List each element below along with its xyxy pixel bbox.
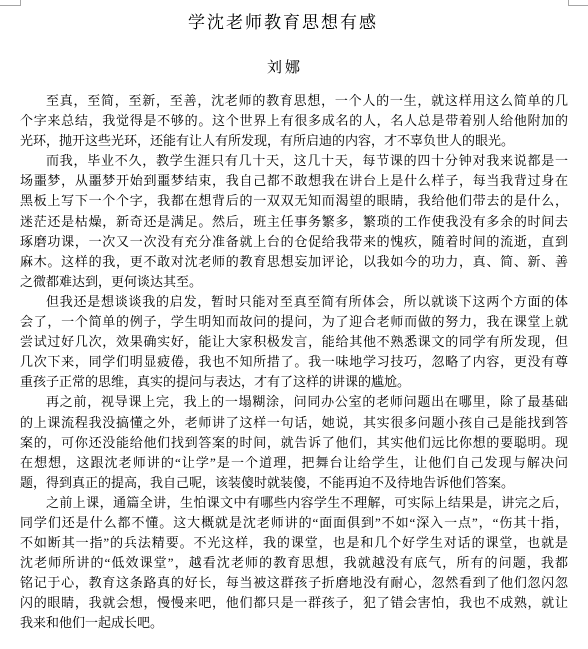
- document-page: 学沈老师教育思想有感 刘娜 至真，至简，至新，至善，沈老师的教育思想，一个人的一…: [0, 0, 588, 649]
- crop-mark-top-left: [0, 0, 21, 6]
- body-line: 重孩子正常的思维，真实的提问与表达，才有了这样的讲课的尴尬。: [20, 372, 568, 392]
- body-line: 闪的眼睛，我就会想，慢慢来吧，他们都只是一群孩子，犯了错会害怕，我也不成熟，就让: [20, 593, 568, 613]
- crop-mark-top-right: [568, 0, 588, 6]
- body-line: 题，得到真正的提高，我自己呢，该装傻时就装傻，不能再迫不及待地告诉他们答案。: [20, 473, 568, 493]
- body-line: 会了，一个简单的例子，学生明知而故问的提问，为了迎合老师而做的努力，我在课堂上就: [20, 312, 568, 332]
- body-line: 之前上课，通篇全讲，生怕课文中有哪些内容学生不理解，可实际上结果是，讲完之后，: [20, 493, 568, 513]
- body-line: 尝试过好几次，效果确实好，能让大家积极发言，能给其他不熟悉课文的同学有所发现，但: [20, 332, 568, 352]
- body-line: 的上课流程我没搞懂之外，老师讲了这样一句话，她说，其实很多问题小孩自己是能找到答: [20, 413, 568, 433]
- body-line: 个字来总结，我觉得是不够的。这个世界上有很多成名的人，名人总是带着别人给他附加的: [20, 111, 568, 131]
- document-title: 学沈老师教育思想有感: [0, 10, 577, 35]
- body-line: 而我，毕业不久，教学生涯只有几十天，这几十天，每节课的四十分钟对我来说都是一: [20, 151, 568, 171]
- body-line: 我来和他们一起成长吧。: [20, 613, 568, 633]
- body-line: 不如断其一指”的兵法精要。不光这样，我的课堂，也是和几个好学生对话的课堂，也就是: [20, 533, 568, 553]
- document-body: 至真，至简，至新，至善，沈老师的教育思想，一个人的一生，就这样用这么简单的几个字…: [20, 91, 568, 634]
- body-line: 几次下来，同学们明显疲倦，我也不知所措了。我一味地学习技巧，忽略了内容，更没有尊: [20, 352, 568, 372]
- body-line: 场噩梦，从噩梦开始到噩梦结束，我自己都不敢想我在讲台上是什么样子，每当我背过身在: [20, 171, 568, 191]
- body-line: 至真，至简，至新，至善，沈老师的教育思想，一个人的一生，就这样用这么简单的几: [20, 91, 568, 111]
- body-line: 光环，抛开这些光环，还能有让人有所发现，有所启迪的内容，才不辜负世人的眼光。: [20, 131, 568, 151]
- body-line: 琢磨功课，一次又一次没有充分准备就上台的仓促给我带来的愧疚，随着时间的流逝，直到: [20, 232, 568, 252]
- body-line: 再之前，视导课上完，我上的一塌糊涂，问同办公室的老师问题出在哪里，除了最基础: [20, 392, 568, 412]
- document-author: 刘娜: [0, 58, 579, 78]
- body-line: 在想想，这跟沈老师讲的“让学”是一个道理，把舞台让给学生，让他们自己发现与解决问: [20, 453, 568, 473]
- body-line: 同学们还是什么都不懂。这大概就是沈老师讲的“面面俱到”不如“深入一点”，“伤其十…: [20, 513, 568, 533]
- body-line: 沈老师所讲的“低效课堂”，越看沈老师的教育思想，我就越没有底气，所有的问题，我都: [20, 553, 568, 573]
- body-line: 案的，可你还没能给他们找到答案的时间，就告诉了他们，其实他们远比你想的要聪明。现: [20, 433, 568, 453]
- body-line: 麻木。这样的我，更不敢对沈老师的教育思想妄加评论，以我如今的功力，真、简、新、善: [20, 252, 568, 272]
- body-line: 但我还是想谈谈我的启发，暂时只能对至真至简有所体会，所以就谈下这两个方面的体: [20, 292, 568, 312]
- body-line: 铭记于心，教育这条路真的好长，每当被这群孩子折磨地没有耐心，忽然看到了他们忽闪忽: [20, 573, 568, 593]
- body-line: 迷茫还是枯燥，新奇还是满足。然后，班主任事务繁多，繁琐的工作使我没有多余的时间去: [20, 212, 568, 232]
- body-line: 之微都难达到，更何谈达其至。: [20, 272, 568, 292]
- body-line: 黑板上写下一个个字，我都在想背后的一双双无知而渴望的眼睛，我给他们带去的是什么，: [20, 191, 568, 211]
